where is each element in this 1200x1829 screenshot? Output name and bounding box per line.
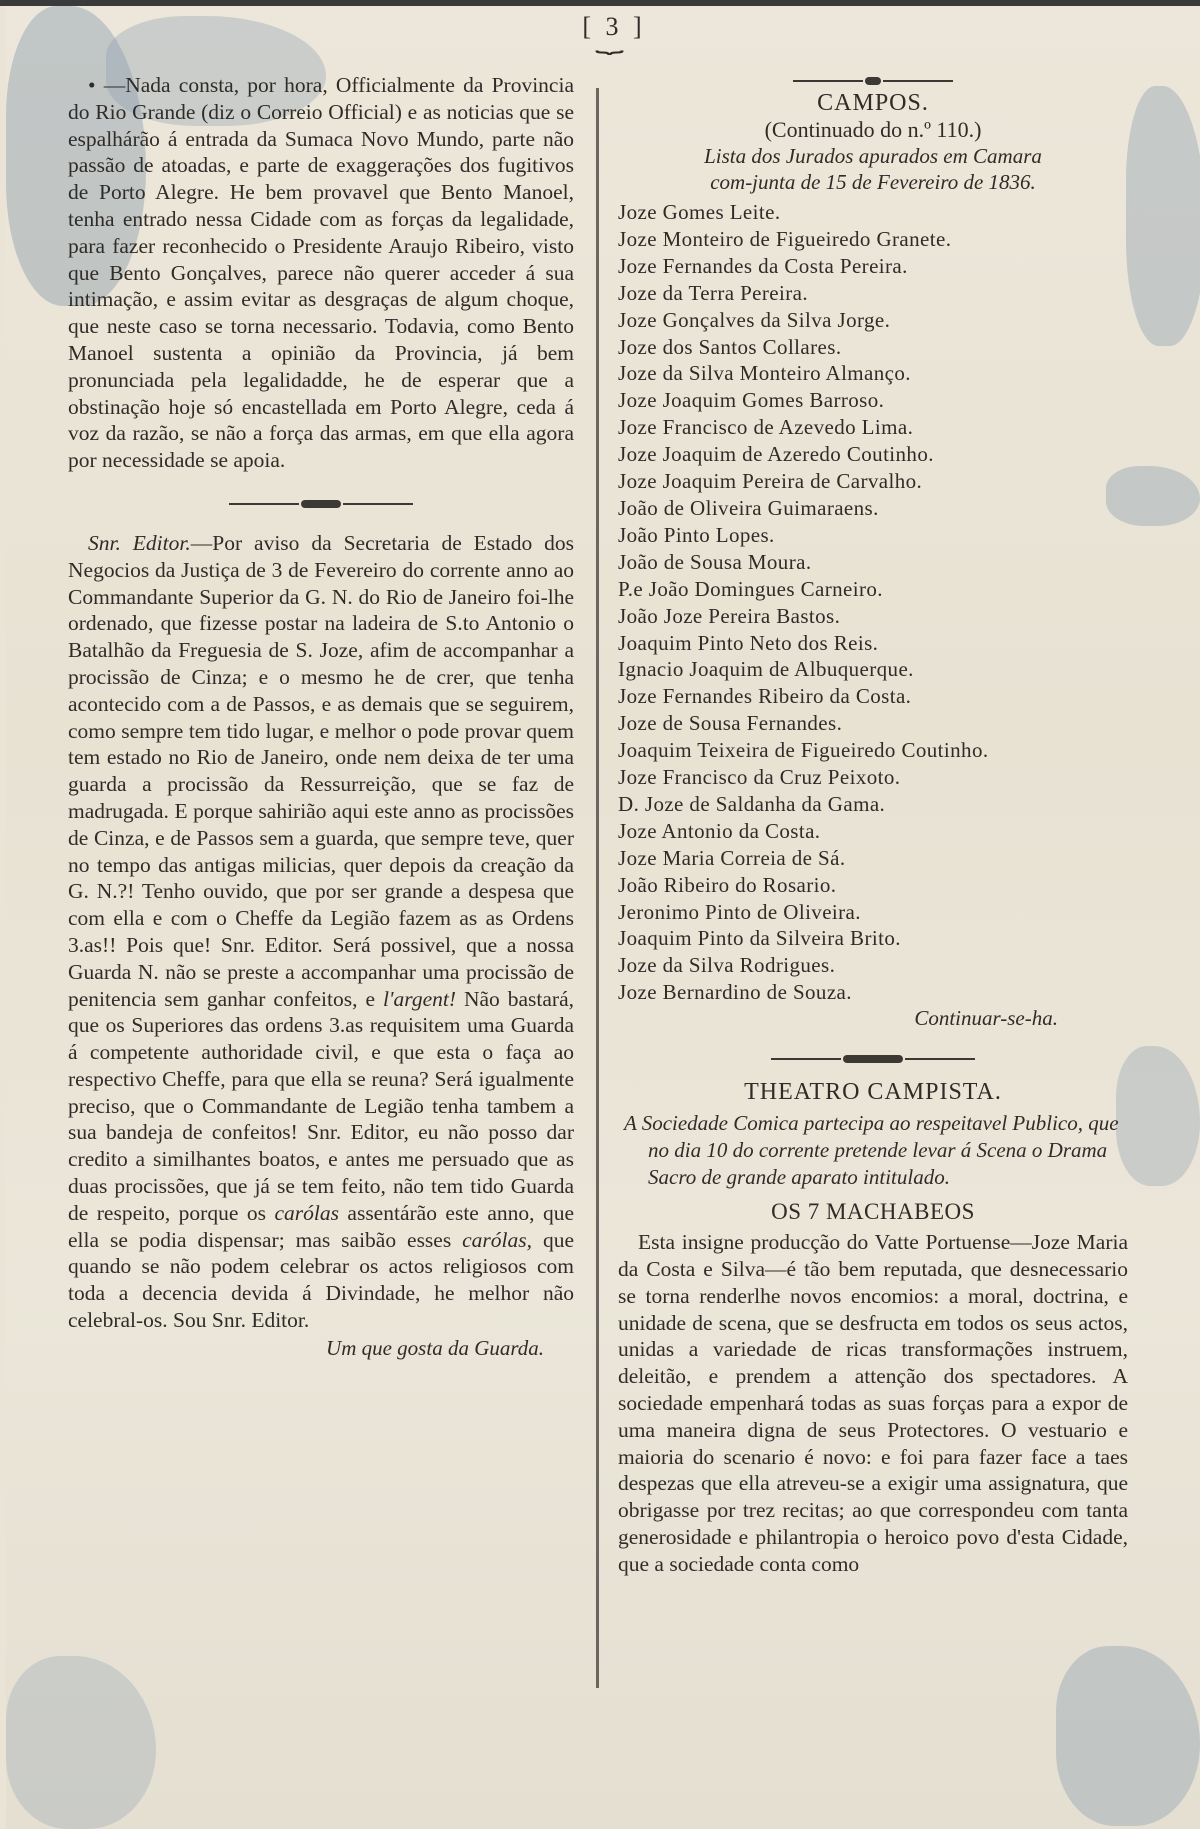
juror-name: Joze dos Santos Collares. bbox=[618, 334, 1128, 361]
campos-title: CAMPOS. bbox=[618, 90, 1128, 117]
juror-name: Joze Francisco da Cruz Peixoto. bbox=[618, 764, 1128, 791]
jurors-list-title: Lista dos Jurados apurados em Camara bbox=[618, 143, 1128, 169]
juror-name: João Pinto Lopes. bbox=[618, 522, 1128, 549]
letter-body-1: —Por aviso da Secretaria de Estado dos N… bbox=[68, 531, 574, 1011]
juror-name: Joze da Silva Rodrigues. bbox=[618, 952, 1128, 979]
juror-name: Joze Gonçalves da Silva Jorge. bbox=[618, 307, 1128, 334]
editor-letter: Snr. Editor.—Por aviso da Secretaria de … bbox=[68, 530, 574, 1334]
section-ornament bbox=[618, 1039, 1128, 1079]
juror-name: Joze Francisco de Azevedo Lima. bbox=[618, 414, 1128, 441]
juror-name: Joze Maria Correia de Sá. bbox=[618, 845, 1128, 872]
ornament-line bbox=[771, 1058, 841, 1060]
juror-name: Joze Bernardino de Souza. bbox=[618, 979, 1128, 1006]
ornament-line bbox=[883, 80, 953, 82]
letter-italic-phrase: l'argent! bbox=[383, 987, 456, 1011]
juror-name: João Joze Pereira Bastos. bbox=[618, 603, 1128, 630]
ornament-knot-icon bbox=[301, 500, 341, 508]
juror-name: P.e João Domingues Carneiro. bbox=[618, 576, 1128, 603]
water-stain bbox=[1056, 1646, 1200, 1826]
newspaper-page: [ 3 ] ⏟ • —Nada consta, por hora, Offici… bbox=[6, 6, 1200, 1829]
ornament-knot-icon bbox=[865, 77, 881, 85]
juror-name: Joze Fernandes Ribeiro da Costa. bbox=[618, 683, 1128, 710]
juror-name: João de Oliveira Guimaraens. bbox=[618, 495, 1128, 522]
jurors-list-date: com-junta de 15 de Fevereiro de 1836. bbox=[618, 169, 1128, 195]
play-title: OS 7 MACHABEOS bbox=[618, 1199, 1128, 1225]
juror-name: Ignacio Joaquim de Albuquerque. bbox=[618, 656, 1128, 683]
water-stain bbox=[1116, 1046, 1200, 1186]
juror-name: João Ribeiro do Rosario. bbox=[618, 872, 1128, 899]
ornament-knot-icon bbox=[843, 1055, 903, 1063]
right-column: CAMPOS. (Continuado do n.º 110.) Lista d… bbox=[618, 72, 1128, 1578]
page-number: [ 3 ] ⏟ bbox=[574, 12, 654, 46]
ornament-line bbox=[343, 503, 413, 505]
juror-name: Joze Joaquim Gomes Barroso. bbox=[618, 387, 1128, 414]
letter-body-2: Não bastará, que os Superiores das orden… bbox=[68, 987, 574, 1225]
juror-name: Joze da Silva Monteiro Almanço. bbox=[618, 360, 1128, 387]
water-stain bbox=[1126, 86, 1200, 346]
water-stain bbox=[6, 1656, 156, 1829]
letter-signature: Um que gosta da Guarda. bbox=[68, 1336, 574, 1361]
theatro-notice: A Sociedade Comica partecipa ao respeita… bbox=[618, 1110, 1128, 1191]
jurors-list: Joze Gomes Leite. Joze Monteiro de Figue… bbox=[618, 199, 1128, 1006]
juror-name: João de Sousa Moura. bbox=[618, 549, 1128, 576]
section-ornament bbox=[68, 484, 574, 524]
juror-name: Joze Joaquim de Azeredo Coutinho. bbox=[618, 441, 1128, 468]
ornament-line bbox=[905, 1058, 975, 1060]
juror-name: Joaquim Teixeira de Figueiredo Coutinho. bbox=[618, 737, 1128, 764]
letter-salutation: Snr. Editor. bbox=[88, 531, 191, 555]
brace-ornament-icon: ⏟ bbox=[526, 36, 702, 46]
juror-name: Jeronimo Pinto de Oliveira. bbox=[618, 899, 1128, 926]
column-divider bbox=[596, 88, 599, 1688]
continuation-note: Continuar-se-ha. bbox=[618, 1006, 1128, 1031]
left-column: • —Nada consta, por hora, Officialmente … bbox=[68, 72, 574, 1361]
rio-grande-article: • —Nada consta, por hora, Officialmente … bbox=[68, 72, 574, 474]
campos-continued: (Continuado do n.º 110.) bbox=[618, 117, 1128, 143]
letter-italic-carolas: carólas, bbox=[462, 1228, 532, 1252]
ornament-line bbox=[793, 80, 863, 82]
play-description: Esta insigne producção do Vatte Portuens… bbox=[618, 1229, 1128, 1577]
juror-name: Joze Monteiro de Figueiredo Granete. bbox=[618, 226, 1128, 253]
section-ornament bbox=[618, 72, 1128, 90]
theatro-title: THEATRO CAMPISTA. bbox=[618, 1079, 1128, 1106]
juror-name: Joze de Sousa Fernandes. bbox=[618, 710, 1128, 737]
juror-name: Joze Gomes Leite. bbox=[618, 199, 1128, 226]
juror-name: Joze da Terra Pereira. bbox=[618, 280, 1128, 307]
juror-name: Joze Joaquim Pereira de Carvalho. bbox=[618, 468, 1128, 495]
juror-name: Joze Antonio da Costa. bbox=[618, 818, 1128, 845]
juror-name: D. Joze de Saldanha da Gama. bbox=[618, 791, 1128, 818]
ornament-line bbox=[229, 503, 299, 505]
juror-name: Joaquim Pinto Neto dos Reis. bbox=[618, 630, 1128, 657]
juror-name: Joaquim Pinto da Silveira Brito. bbox=[618, 925, 1128, 952]
letter-italic-carolas: carólas bbox=[274, 1201, 339, 1225]
juror-name: Joze Fernandes da Costa Pereira. bbox=[618, 253, 1128, 280]
